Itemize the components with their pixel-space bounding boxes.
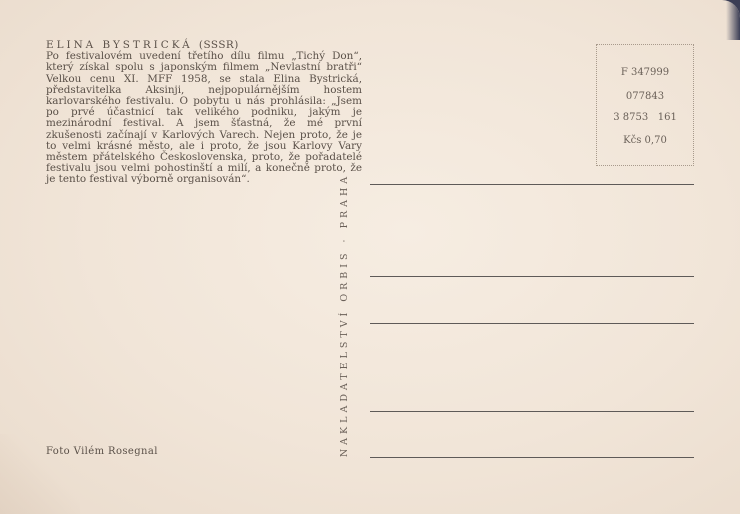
publisher-imprint: NAKLADATELSTVÍ ORBIS · PRAHA <box>339 170 353 460</box>
stamp-line-4: Kčs 0,70 <box>597 135 693 146</box>
address-line-1 <box>370 184 694 185</box>
address-line-4 <box>370 411 694 412</box>
corner-shadow <box>726 0 740 40</box>
stamp-line-3: 3 8753 161 <box>597 112 693 123</box>
photo-credit: Foto Vilém Rosegnal <box>46 446 158 457</box>
stamp-line-1: F 347999 <box>597 67 693 78</box>
description-text: Po festivalovém uvedení třetího dílu fil… <box>46 51 362 185</box>
address-line-5 <box>370 457 694 458</box>
description-block: ELINA BYSTRICKÁ (SSSR) Po festivalovém u… <box>46 40 362 186</box>
stamp-line-2: 077843 <box>597 91 693 102</box>
postcard-back: ELINA BYSTRICKÁ (SSSR) Po festivalovém u… <box>0 0 740 514</box>
stamp-box: F 347999 077843 3 8753 161 Kčs 0,70 <box>596 44 694 166</box>
address-line-3 <box>370 323 694 324</box>
address-line-2 <box>370 276 694 277</box>
